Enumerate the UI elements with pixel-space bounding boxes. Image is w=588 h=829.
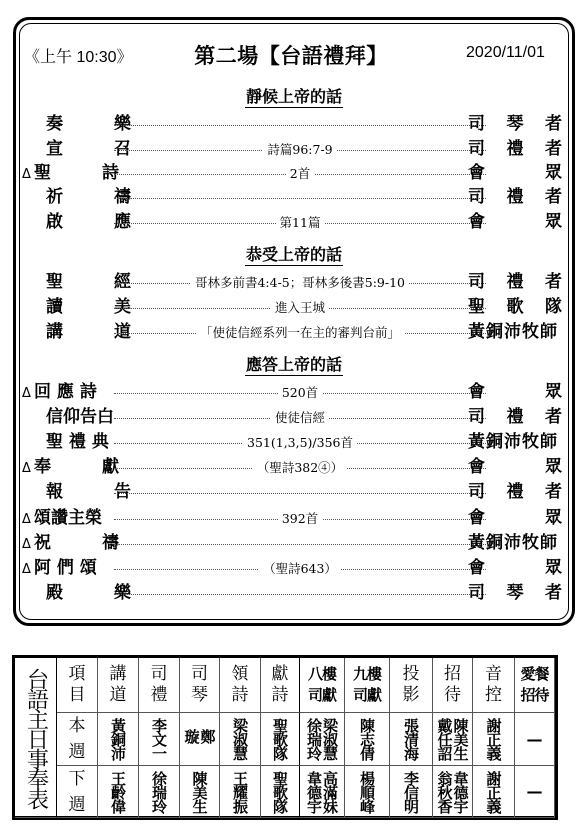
roster-name: 韋德宇 翁秋香 (437, 766, 469, 817)
roster-name: 謝正義 (486, 771, 502, 813)
row-label-text: 下 週 (69, 766, 86, 818)
column-header: 項 目 (57, 658, 98, 713)
item-detail: 哥林多前書4:4-5；哥林多後書5:9-10 (114, 273, 486, 292)
program-row: 聖 經哥林多前書4:4-5；哥林多後書5:9-10司禮者 (22, 270, 562, 294)
service-date: 2020/11/01 (466, 44, 545, 62)
item-detail: 進入王城 (114, 298, 486, 317)
roster-cell: 徐瑞玲 (139, 766, 180, 818)
item-leader: 聖歌隊 (468, 295, 562, 319)
item-label: Δ奉 獻 (22, 455, 114, 481)
roster-cell: 黃銅沛 (98, 713, 139, 766)
program-row: 啟 應第11篇會眾 (22, 210, 562, 234)
leader-char: 者 (545, 185, 562, 209)
leader-name: 司禮者 (468, 137, 562, 161)
responsive-marker: Δ (22, 457, 34, 481)
column-header-text: 九樓 司獻 (353, 664, 381, 706)
roster-cell: 李信明 (390, 766, 433, 818)
roster-cell: 王耀振 (220, 766, 261, 818)
item-label: Δ聖 詩 (22, 161, 114, 187)
item-leader: 會眾 (468, 556, 562, 580)
item-name: 頌讚主榮 (34, 508, 102, 528)
roster-name: 梁淑慧 徐瑞玲 (306, 713, 338, 765)
responsive-marker: Δ (22, 163, 34, 187)
column-header: 領 詩 (220, 658, 261, 713)
leader-char: 琴 (507, 112, 524, 136)
roster-cell: 韋德宇 翁秋香 (433, 766, 473, 818)
leader-char: 者 (545, 112, 562, 136)
item-label: Δ阿 們 頌 (22, 556, 114, 582)
roster-name: 李文一 (151, 718, 167, 760)
item-detail-text: 392首 (278, 511, 322, 526)
leader-char: 會 (468, 455, 485, 479)
row-label: 本 週 (57, 713, 98, 766)
program-row: 講 道「使徒信經系列一在主的審判台前」黃銅沛牧師 (22, 320, 562, 344)
program-row: 奏 樂司琴者 (22, 112, 562, 136)
item-detail-text: 第11篇 (276, 215, 325, 230)
leader-name: 黃銅沛牧師 (468, 322, 558, 342)
item-name: 殿 樂 (46, 583, 131, 603)
item-leader: 司琴者 (468, 112, 562, 136)
leader-char: 眾 (545, 161, 562, 185)
leader-name: 會眾 (468, 380, 562, 404)
item-detail: 351(1,3,5)/356首 (114, 433, 486, 452)
roster-cell: 楊順峰 (345, 766, 390, 818)
leader-char: 司 (468, 270, 485, 294)
roster-cell: 謝正義 (473, 766, 515, 818)
item-detail-text: 「使徒信經系列一在主的審判台前」 (196, 325, 404, 340)
item-detail-text: 520首 (278, 385, 322, 400)
roster-title-cell: 台語主日事奉表 (15, 658, 57, 818)
item-detail-text: 進入王城 (271, 300, 329, 315)
item-label: Δ頌讚主榮 (22, 506, 114, 532)
dotted-leader (114, 493, 486, 494)
leader-char: 禮 (507, 137, 524, 161)
program-row: Δ頌讚主榮392首會眾 (22, 506, 562, 530)
item-label: Δ回 應 詩 (22, 380, 114, 406)
program-row: 宣 召詩篇96:7-9司禮者 (22, 137, 562, 161)
roster-cell: 陳志倩 (345, 713, 390, 766)
roster-name: 聖歌隊 (272, 718, 288, 760)
leader-char: 者 (545, 270, 562, 294)
leader-name: 會眾 (468, 455, 562, 479)
item-label: 宣 召 (22, 137, 114, 161)
item-name: 奏 樂 (46, 114, 131, 134)
leader-char: 禮 (507, 270, 524, 294)
item-leader: 黃銅沛牧師 (468, 430, 562, 454)
leader-char: 會 (468, 506, 485, 530)
item-name: 信仰告白 (46, 407, 114, 427)
item-leader: 會眾 (468, 455, 562, 479)
item-name: 祝 禱 (34, 533, 119, 553)
column-header: 招 待 (433, 658, 473, 713)
item-label: 報 告 (22, 480, 114, 504)
roster-name: 徐瑞玲 (151, 771, 167, 813)
roster-cell: 聖歌隊 (261, 766, 300, 818)
item-leader: 司禮者 (468, 185, 562, 209)
leader-char: 會 (468, 210, 485, 234)
item-leader: 會眾 (468, 380, 562, 404)
item-leader: 會眾 (468, 210, 562, 234)
roster-cell: 謝正義 (473, 713, 515, 766)
leader-name: 黃銅沛牧師 (468, 432, 558, 452)
section-title-text: 應答上帝的話 (245, 355, 343, 376)
leader-name: 會眾 (468, 556, 562, 580)
item-name: 聖 詩 (34, 163, 119, 183)
roster-name: 聖歌隊 (272, 771, 288, 813)
roster-cell: — (515, 766, 555, 818)
dotted-leader (114, 544, 486, 545)
column-header: 愛餐 招待 (515, 658, 555, 713)
roster-cell: 陳美生 戴任詔 (433, 713, 473, 766)
program-row: Δ奉 獻（聖詩382④）會眾 (22, 455, 562, 479)
leader-char: 司 (468, 137, 485, 161)
leader-char: 禮 (507, 185, 524, 209)
item-detail: 2首 (114, 164, 486, 183)
leader-char: 眾 (545, 556, 562, 580)
item-label: Δ祝 禱 (22, 531, 114, 557)
roster-title: 台語主日事奉表 (23, 668, 49, 808)
leader-char: 眾 (545, 455, 562, 479)
section-title: 恭受上帝的話 (0, 242, 588, 265)
leader-char: 隊 (545, 295, 562, 319)
leader-char: 會 (468, 380, 485, 404)
item-detail: 520首 (114, 383, 486, 402)
responsive-marker: Δ (22, 382, 34, 406)
item-detail-text: 2首 (286, 166, 314, 181)
item-leader: 黃銅沛牧師 (468, 320, 562, 344)
duty-roster-table: 台語主日事奉表項 目講 道司 禮司 琴領 詩獻 詩八樓 司獻九樓 司獻投 影招 … (12, 655, 558, 820)
column-header: 投 影 (390, 658, 433, 713)
leader-char: 禮 (507, 480, 524, 504)
item-detail: 使徒信經 (114, 408, 486, 427)
item-name: 報 告 (46, 482, 131, 502)
row-label-text: 本 週 (69, 713, 86, 765)
roster-name: — (527, 782, 543, 801)
leader-name: 司琴者 (468, 581, 562, 605)
column-header: 獻 詩 (261, 658, 300, 713)
leader-char: 司 (468, 112, 485, 136)
column-header-text: 司 琴 (191, 664, 208, 706)
item-label: 祈 禱 (22, 185, 114, 209)
roster-cell: 梁淑慧 (220, 713, 261, 766)
item-detail: 392首 (114, 509, 486, 528)
roster-name: 王齡偉 (110, 771, 126, 813)
item-label: 講 道 (22, 320, 114, 344)
leader-char: 琴 (507, 581, 524, 605)
item-leader: 黃銅沛牧師 (468, 531, 562, 555)
column-header-text: 講 道 (110, 664, 127, 706)
leader-name: 聖歌隊 (468, 295, 562, 319)
leader-char: 司 (468, 480, 485, 504)
column-header-text: 司 禮 (151, 664, 168, 706)
item-detail: （聖詩643） (114, 559, 486, 578)
item-label: 信仰告白 (22, 405, 114, 429)
roster-name: 李信明 (403, 771, 419, 813)
responsive-marker: Δ (22, 533, 34, 557)
column-header-text: 項 目 (69, 664, 86, 706)
item-detail-text: 哥林多前書4:4-5；哥林多後書5:9-10 (191, 275, 409, 290)
program-row: Δ祝 禱黃銅沛牧師 (22, 531, 562, 555)
program-row: Δ回 應 詩520首會眾 (22, 380, 562, 404)
leader-name: 會眾 (468, 506, 562, 530)
dotted-leader (114, 594, 486, 595)
leader-name: 會眾 (468, 161, 562, 185)
roster-name: 陳志倩 (359, 718, 375, 760)
item-detail-text: 使徒信經 (271, 410, 329, 425)
item-label: 聖 禮 典 (22, 430, 114, 454)
roster-cell: 聖歌隊 (261, 713, 300, 766)
item-name: 祈 禱 (46, 187, 131, 207)
item-detail-text: （聖詩382④） (253, 460, 347, 475)
item-leader: 會眾 (468, 161, 562, 185)
roster-cell: 高滿妹 韋德宇 (300, 766, 345, 818)
item-leader: 會眾 (468, 506, 562, 530)
column-header-text: 音 控 (485, 664, 502, 706)
column-header: 音 控 (473, 658, 515, 713)
leader-char: 司 (468, 185, 485, 209)
item-label: 啟 應 (22, 210, 114, 234)
roster-name: 黃銅沛 (110, 718, 126, 760)
item-leader: 司琴者 (468, 581, 562, 605)
roster-name: 高滿妹 韋德宇 (306, 766, 338, 817)
column-header-text: 八樓 司獻 (308, 664, 336, 706)
leader-name: 司琴者 (468, 112, 562, 136)
item-detail: （聖詩382④） (114, 458, 486, 477)
roster-name: 王耀振 (232, 771, 248, 813)
leader-char: 歌 (507, 295, 524, 319)
leader-char: 禮 (507, 405, 524, 429)
item-leader: 司禮者 (468, 405, 562, 429)
leader-char: 者 (545, 581, 562, 605)
column-header-text: 投 影 (403, 664, 420, 706)
column-header-text: 獻 詩 (272, 664, 289, 706)
leader-char: 眾 (545, 210, 562, 234)
row-label: 下 週 (57, 766, 98, 818)
item-name: 奉 獻 (34, 457, 119, 477)
column-header-text: 愛餐 招待 (520, 664, 548, 706)
item-detail: 詩篇96:7-9 (114, 140, 486, 159)
roster-name: 謝正義 (486, 718, 502, 760)
item-detail: 「使徒信經系列一在主的審判台前」 (114, 323, 486, 342)
section-title: 靜候上帝的話 (0, 84, 588, 107)
leader-name: 黃銅沛牧師 (468, 533, 558, 553)
program-row: Δ聖 詩2首會眾 (22, 161, 562, 185)
column-header: 八樓 司獻 (300, 658, 345, 713)
item-detail-text: （聖詩643） (259, 561, 341, 576)
item-label: 殿 樂 (22, 581, 114, 605)
section-title-text: 恭受上帝的話 (245, 245, 343, 266)
column-header-text: 招 待 (444, 664, 461, 706)
roster-cell: 王齡偉 (98, 766, 139, 818)
roster-name: 陳美生 戴任詔 (437, 713, 469, 765)
item-detail: 第11篇 (114, 213, 486, 232)
item-leader: 司禮者 (468, 270, 562, 294)
item-name: 阿 們 頌 (34, 558, 97, 578)
program-row: 殿 樂司琴者 (22, 581, 562, 605)
leader-char: 聖 (468, 295, 485, 319)
section-title-text: 靜候上帝的話 (245, 87, 343, 108)
program-row: Δ阿 們 頌（聖詩643）會眾 (22, 556, 562, 580)
leader-char: 者 (545, 137, 562, 161)
leader-name: 司禮者 (468, 270, 562, 294)
leader-char: 眾 (545, 506, 562, 530)
program-row: 信仰告白使徒信經司禮者 (22, 405, 562, 429)
dotted-leader (114, 125, 486, 126)
roster-name: 梁淑慧 (232, 718, 248, 760)
roster-name: 鄭 璇 (184, 713, 216, 765)
item-leader: 司禮者 (468, 137, 562, 161)
program-row: 祈 禱司禮者 (22, 185, 562, 209)
leader-char: 司 (468, 405, 485, 429)
leader-name: 司禮者 (468, 405, 562, 429)
responsive-marker: Δ (22, 558, 34, 582)
roster-name: 楊順峰 (359, 771, 375, 813)
column-header: 講 道 (98, 658, 139, 713)
roster-cell: 鄭 璇 (180, 713, 220, 766)
item-label: 讀 美 (22, 295, 114, 319)
leader-char: 會 (468, 161, 485, 185)
leader-char: 眾 (545, 380, 562, 404)
roster-cell: 梁淑慧 徐瑞玲 (300, 713, 345, 766)
program-row: 聖 禮 典351(1,3,5)/356首黃銅沛牧師 (22, 430, 562, 454)
leader-char: 司 (468, 581, 485, 605)
section-title: 應答上帝的話 (0, 352, 588, 375)
item-name: 回 應 詩 (34, 382, 97, 402)
column-header: 九樓 司獻 (345, 658, 390, 713)
item-label: 聖 經 (22, 270, 114, 294)
roster-cell: 陳美生 (180, 766, 220, 818)
leader-name: 司禮者 (468, 185, 562, 209)
program-row: 讀 美進入王城聖歌隊 (22, 295, 562, 319)
dotted-leader (114, 198, 486, 199)
roster-cell: 張清海 (390, 713, 433, 766)
roster-cell: — (515, 713, 555, 766)
item-detail-text: 351(1,3,5)/356首 (243, 435, 357, 450)
leader-char: 者 (545, 480, 562, 504)
roster-name: — (527, 730, 543, 749)
item-leader: 司禮者 (468, 480, 562, 504)
responsive-marker: Δ (22, 508, 34, 532)
leader-char: 會 (468, 556, 485, 580)
column-header-text: 領 詩 (232, 664, 249, 706)
leader-char: 者 (545, 405, 562, 429)
roster-cell: 李文一 (139, 713, 180, 766)
item-detail-text: 詩篇96:7-9 (263, 142, 336, 157)
leader-name: 司禮者 (468, 480, 562, 504)
item-name: 聖 禮 典 (46, 432, 109, 452)
roster-name: 陳美生 (192, 771, 208, 813)
item-label: 奏 樂 (22, 112, 114, 136)
column-header: 司 琴 (180, 658, 220, 713)
roster-name: 張清海 (403, 718, 419, 760)
program-row: 報 告司禮者 (22, 480, 562, 504)
leader-name: 會眾 (468, 210, 562, 234)
column-header: 司 禮 (139, 658, 180, 713)
